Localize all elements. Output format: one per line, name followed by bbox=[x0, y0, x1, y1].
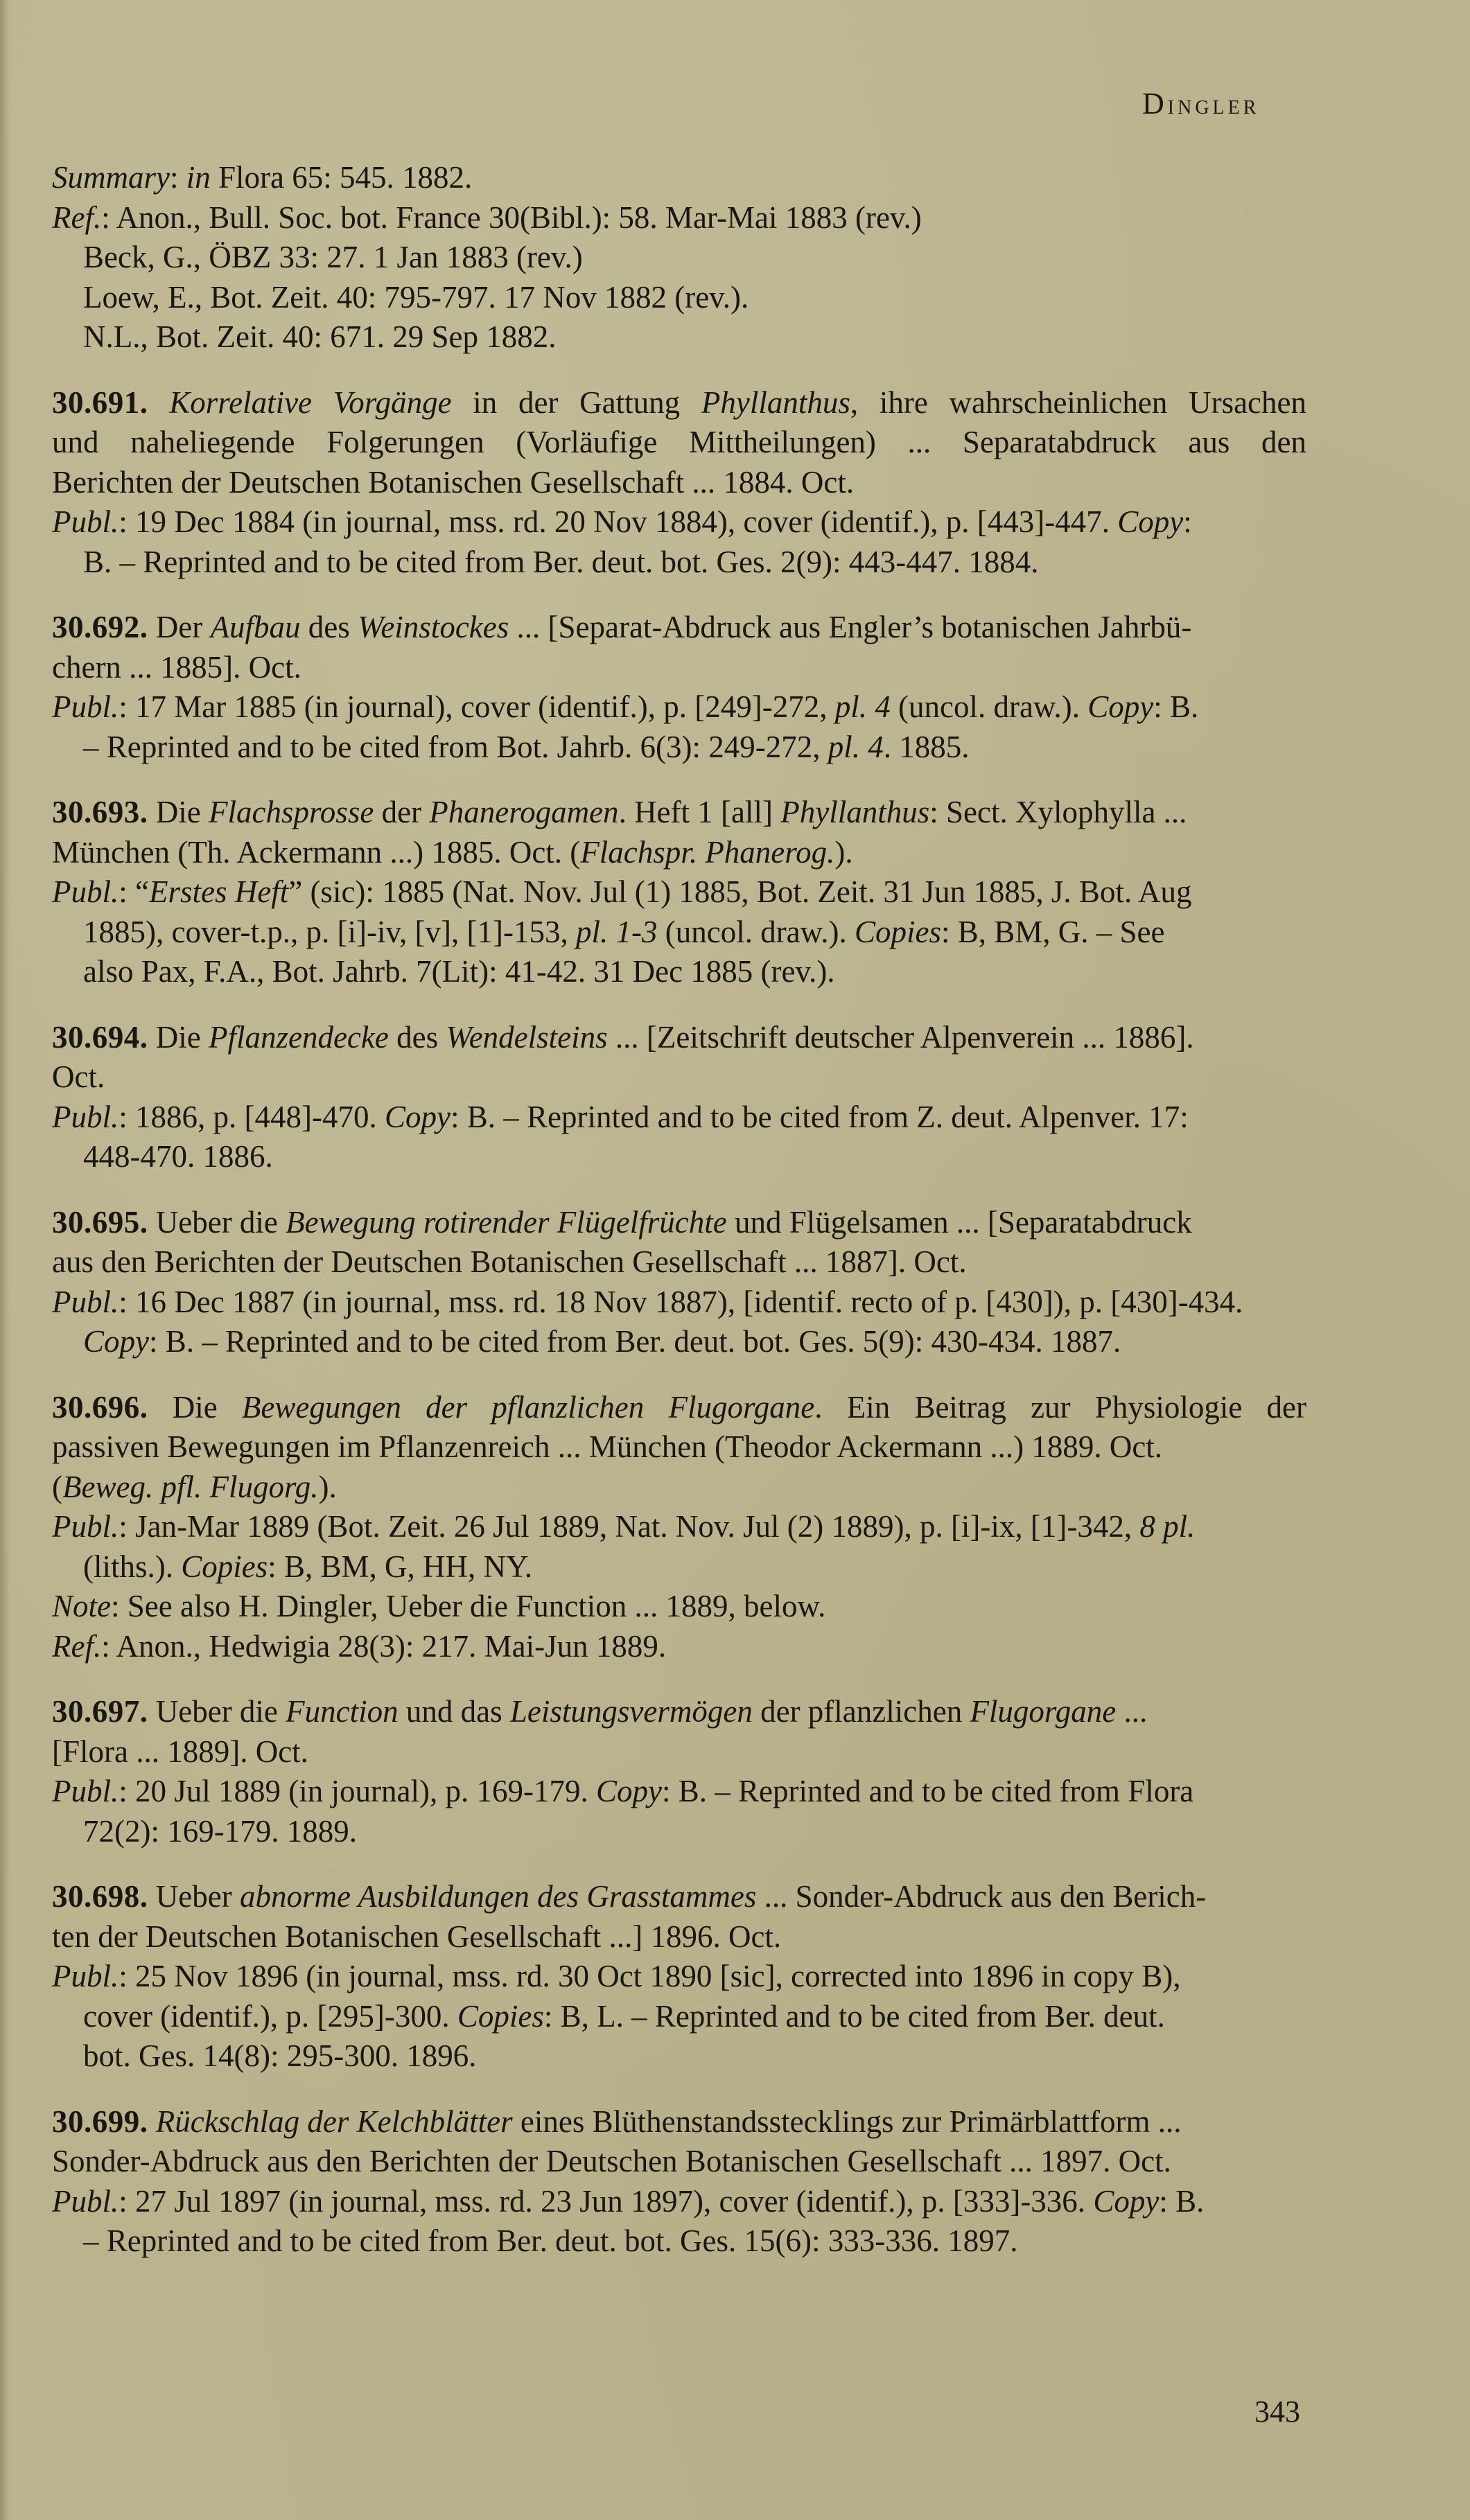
text-segment: : B, BM, G, HH, NY. bbox=[268, 1549, 532, 1584]
italic-text: Publ. bbox=[52, 1100, 119, 1134]
text-line: 30.693. Die Flachsprosse der Phanerogame… bbox=[52, 793, 1306, 833]
entry-number: 30.698. bbox=[52, 1879, 148, 1914]
text-line: Note: See also H. Dingler, Ueber die Fun… bbox=[52, 1587, 1306, 1627]
text-segment: : Jan-Mar 1889 (Bot. Zeit. 26 Jul 1889, … bbox=[119, 1509, 1139, 1544]
italic-text: Copy bbox=[83, 1324, 149, 1359]
text-segment: chern ... 1885]. Oct. bbox=[52, 650, 301, 685]
italic-text: Publ. bbox=[52, 1959, 119, 1993]
italic-text: Copy bbox=[1117, 504, 1183, 539]
text-segment: . Ein Beitrag zur Physiologie der bbox=[814, 1390, 1306, 1425]
text-segment: also Pax, F.A., Bot. Jahrb. 7(Lit): 41-4… bbox=[83, 954, 835, 989]
text-segment: München (Th. Ackermann ...) 1885. Oct. ( bbox=[52, 835, 580, 870]
italic-text: Beweg. pfl. Flugorg. bbox=[62, 1470, 319, 1504]
italic-text: pl. 4 bbox=[835, 689, 891, 724]
italic-text: Publ. bbox=[52, 689, 119, 724]
italic-text: Flugorgane bbox=[970, 1694, 1116, 1729]
italic-text: Function bbox=[286, 1694, 398, 1729]
text-line: Publ.: 16 Dec 1887 (in journal, mss. rd.… bbox=[52, 1283, 1306, 1323]
text-line: Publ.: 27 Jul 1897 (in journal, mss. rd.… bbox=[52, 2182, 1306, 2222]
italic-text: Flachspr. Phanerog. bbox=[580, 835, 834, 870]
italic-text: Copy bbox=[1087, 689, 1153, 724]
bibliography-entry: 30.691. Korrelative Vorgänge in der Gatt… bbox=[52, 383, 1306, 583]
text-segment: cover (identif.), p. [295]-300. bbox=[83, 1999, 457, 2034]
text-segment: : 20 Jul 1889 (in journal), p. 169-179. bbox=[119, 1774, 596, 1808]
text-line: 72(2): 169-179. 1889. bbox=[52, 1812, 1306, 1852]
text-segment: der pflanzlichen bbox=[753, 1694, 970, 1729]
text-line: Loew, E., Bot. Zeit. 40: 795-797. 17 Nov… bbox=[52, 278, 1306, 318]
text-line: Publ.: 17 Mar 1885 (in journal), cover (… bbox=[52, 687, 1306, 728]
italic-text: Publ. bbox=[52, 2184, 119, 2219]
text-line: 30.697. Ueber die Function und das Leist… bbox=[52, 1692, 1306, 1732]
text-line: Oct. bbox=[52, 1057, 1306, 1098]
italic-text: Bewegung rotirender Flügelfrüchte bbox=[286, 1205, 727, 1240]
italic-text: Bewegungen der pflanzlichen Flugorgane bbox=[242, 1390, 814, 1425]
text-segment: : See also H. Dingler, Ueber die Functio… bbox=[111, 1589, 825, 1623]
text-line: Ref.: Anon., Bull. Soc. bot. France 30(B… bbox=[52, 198, 1306, 238]
text-segment: : Anon., Hedwigia 28(3): 217. Mai-Jun 18… bbox=[101, 1629, 666, 1664]
text-segment: : B. – Reprinted and to be cited from Be… bbox=[149, 1324, 1121, 1359]
text-segment: [Flora ... 1889]. Oct. bbox=[52, 1734, 308, 1769]
carryover-block: Summary: in Flora 65: 545. 1882.Ref.: An… bbox=[52, 158, 1306, 358]
text-segment: der bbox=[374, 795, 429, 829]
italic-text: Leistungsvermögen bbox=[510, 1694, 753, 1729]
text-line: Copy: B. – Reprinted and to be cited fro… bbox=[52, 1322, 1306, 1362]
italic-text: Copy bbox=[385, 1100, 450, 1134]
text-segment: bot. Ges. 14(8): 295-300. 1896. bbox=[83, 2038, 476, 2073]
text-segment: und Flügelsamen ... [Separatabdruck bbox=[727, 1205, 1192, 1240]
text-segment bbox=[148, 385, 170, 420]
text-segment: Beck, G., ÖBZ 33: 27. 1 Jan 1883 (rev.) bbox=[83, 240, 583, 274]
text-line: – Reprinted and to be cited from Ber. de… bbox=[52, 2221, 1306, 2262]
text-segment: Ueber die bbox=[148, 1694, 286, 1729]
text-line: N.L., Bot. Zeit. 40: 671. 29 Sep 1882. bbox=[52, 317, 1306, 358]
italic-text: Flachsprosse bbox=[209, 795, 374, 829]
italic-text: pl. 1-3 bbox=[576, 915, 658, 949]
text-segment: – Reprinted and to be cited from Ber. de… bbox=[83, 2223, 1017, 2258]
text-segment: (liths.). bbox=[83, 1549, 181, 1584]
text-segment: Sonder-Abdruck aus den Berichten der Deu… bbox=[52, 2144, 1171, 2178]
text-segment: Flora 65: 545. 1882. bbox=[211, 160, 473, 195]
entry-number: 30.697. bbox=[52, 1694, 148, 1729]
entry-number: 30.691. bbox=[52, 385, 148, 420]
text-segment: : B, L. – Reprinted and to be cited from… bbox=[544, 1999, 1165, 2034]
bibliography-entry: 30.698. Ueber abnorme Ausbildungen des G… bbox=[52, 1877, 1306, 2077]
text-segment: : Sect. Xylophylla ... bbox=[929, 795, 1187, 829]
text-segment: : 19 Dec 1884 (in journal, mss. rd. 20 N… bbox=[119, 504, 1117, 539]
text-segment: : bbox=[1183, 504, 1192, 539]
italic-text: Copies bbox=[457, 1999, 544, 2034]
text-segment: : B. – Reprinted and to be cited from Fl… bbox=[662, 1774, 1193, 1808]
bibliography-entry: 30.699. Rückschlag der Kelchblätter eine… bbox=[52, 2102, 1306, 2262]
italic-text: Note bbox=[52, 1589, 111, 1623]
text-segment: ( bbox=[52, 1470, 62, 1504]
italic-text: Phyllanthus bbox=[780, 795, 929, 829]
text-line: München (Th. Ackermann ...) 1885. Oct. (… bbox=[52, 833, 1306, 873]
text-segment: Oct. bbox=[52, 1059, 105, 1094]
text-line: 30.699. Rückschlag der Kelchblätter eine… bbox=[52, 2102, 1306, 2142]
entry-number: 30.696. bbox=[52, 1390, 148, 1425]
italic-text: abnorme Ausbildungen des Grasstammes bbox=[240, 1879, 756, 1914]
text-line: Ref.: Anon., Hedwigia 28(3): 217. Mai-Ju… bbox=[52, 1627, 1306, 1667]
text-line: chern ... 1885]. Oct. bbox=[52, 648, 1306, 688]
text-segment: , ihre wahrscheinlichen Ursachen bbox=[850, 385, 1306, 420]
italic-text: Copy bbox=[1093, 2184, 1159, 2219]
entry-number: 30.692. bbox=[52, 610, 148, 644]
text-line: aus den Berichten der Deutschen Botanisc… bbox=[52, 1242, 1306, 1283]
text-line: bot. Ges. 14(8): 295-300. 1896. bbox=[52, 2036, 1306, 2077]
italic-text: Copies bbox=[855, 915, 941, 949]
text-line: Publ.: “Erstes Heft” (sic): 1885 (Nat. N… bbox=[52, 872, 1306, 913]
text-line: passiven Bewegungen im Pflanzenreich ...… bbox=[52, 1427, 1306, 1468]
text-segment: . 1885. bbox=[884, 730, 970, 764]
text-segment: 448-470. 1886. bbox=[83, 1139, 273, 1174]
text-segment: : bbox=[170, 160, 186, 195]
text-segment: : 1886, p. [448]-470. bbox=[119, 1100, 385, 1134]
text-line: Sonder-Abdruck aus den Berichten der Deu… bbox=[52, 2142, 1306, 2182]
text-line: (Beweg. pfl. Flugorg.). bbox=[52, 1468, 1306, 1508]
text-segment: : B. bbox=[1159, 2184, 1204, 2219]
bibliography-entry: 30.697. Ueber die Function und das Leist… bbox=[52, 1692, 1306, 1851]
italic-text: Wendelsteins bbox=[446, 1020, 607, 1055]
text-segment: : “ bbox=[119, 874, 149, 909]
text-segment: – Reprinted and to be cited from Bot. Ja… bbox=[83, 730, 828, 764]
text-segment: : B, BM, G. – See bbox=[941, 915, 1165, 949]
italic-text: Weinstockes bbox=[358, 610, 509, 644]
text-line: – Reprinted and to be cited from Bot. Ja… bbox=[52, 728, 1306, 768]
text-segment: 72(2): 169-179. 1889. bbox=[83, 1814, 357, 1849]
text-line: 30.698. Ueber abnorme Ausbildungen des G… bbox=[52, 1877, 1306, 1917]
italic-text: Copies bbox=[181, 1549, 268, 1584]
page-shadow-edge bbox=[0, 0, 10, 2520]
text-segment: und das bbox=[399, 1694, 510, 1729]
text-line: Publ.: Jan-Mar 1889 (Bot. Zeit. 26 Jul 1… bbox=[52, 1507, 1306, 1547]
italic-text: pl. 4 bbox=[828, 730, 884, 764]
italic-text: Ref. bbox=[52, 1629, 101, 1664]
entry-number: 30.699. bbox=[52, 2104, 148, 2139]
text-line: ten der Deutschen Botanischen Gesellscha… bbox=[52, 1917, 1306, 1957]
text-line: 448-470. 1886. bbox=[52, 1137, 1306, 1177]
running-head: Dingler bbox=[1142, 86, 1259, 121]
italic-text: Pflanzendecke bbox=[209, 1020, 389, 1055]
text-line: [Flora ... 1889]. Oct. bbox=[52, 1732, 1306, 1772]
italic-text: Erstes Heft bbox=[149, 874, 288, 909]
italic-text: in bbox=[186, 160, 211, 195]
text-segment: des bbox=[389, 1020, 446, 1055]
italic-text: Phyllanthus bbox=[701, 385, 850, 420]
text-line: B. – Reprinted and to be cited from Ber.… bbox=[52, 543, 1306, 583]
italic-text: Rückschlag der Kelchblätter bbox=[156, 2104, 513, 2139]
italic-text: Publ. bbox=[52, 504, 119, 539]
text-segment: ten der Deutschen Botanischen Gesellscha… bbox=[52, 1919, 781, 1954]
text-segment: Berichten der Deutschen Botanischen Gese… bbox=[52, 465, 854, 500]
italic-text: Publ. bbox=[52, 1509, 119, 1544]
text-segment: : Anon., Bull. Soc. bot. France 30(Bibl.… bbox=[101, 200, 922, 235]
text-segment: und naheliegende Folgerungen (Vorläufige… bbox=[52, 425, 1306, 459]
text-line: Berichten der Deutschen Botanischen Gese… bbox=[52, 463, 1306, 503]
entry-number: 30.695. bbox=[52, 1205, 148, 1240]
bibliography-text: Summary: in Flora 65: 545. 1882.Ref.: An… bbox=[52, 158, 1306, 2262]
italic-text: Publ. bbox=[52, 1285, 119, 1319]
text-segment: aus den Berichten der Deutschen Botanisc… bbox=[52, 1244, 967, 1279]
bibliography-entry: 30.694. Die Pflanzendecke des Wendelstei… bbox=[52, 1018, 1306, 1177]
italic-text: 8 pl. bbox=[1139, 1509, 1195, 1544]
bibliography-entry: 30.693. Die Flachsprosse der Phanerogame… bbox=[52, 793, 1306, 992]
italic-text: Korrelative Vorgänge bbox=[169, 385, 451, 420]
bibliography-entry: 30.696. Die Bewegungen der pflanzlichen … bbox=[52, 1388, 1306, 1667]
text-line: 30.691. Korrelative Vorgänge in der Gatt… bbox=[52, 383, 1306, 423]
text-line: also Pax, F.A., Bot. Jahrb. 7(Lit): 41-4… bbox=[52, 952, 1306, 992]
text-segment: ). bbox=[834, 835, 852, 870]
text-line: Publ.: 1886, p. [448]-470. Copy: B. – Re… bbox=[52, 1098, 1306, 1138]
text-segment: ... [Separat-Abdruck aus Engler’s botani… bbox=[509, 610, 1191, 644]
text-segment: (uncol. draw.). bbox=[657, 915, 854, 949]
text-segment: Loew, E., Bot. Zeit. 40: 795-797. 17 Nov… bbox=[83, 280, 749, 315]
text-line: Beck, G., ÖBZ 33: 27. 1 Jan 1883 (rev.) bbox=[52, 238, 1306, 278]
text-segment: Der bbox=[148, 610, 211, 644]
text-segment: ). bbox=[319, 1470, 337, 1504]
text-segment: : 17 Mar 1885 (in journal), cover (ident… bbox=[119, 689, 834, 724]
text-line: 30.695. Ueber die Bewegung rotirender Fl… bbox=[52, 1203, 1306, 1243]
text-segment: eines Blüthenstandsstecklings zur Primär… bbox=[513, 2104, 1182, 2139]
text-line: 1885), cover-t.p., p. [i]-iv, [v], [1]-1… bbox=[52, 913, 1306, 953]
entry-number: 30.693. bbox=[52, 795, 148, 829]
text-segment: Ueber die bbox=[148, 1205, 286, 1240]
text-line: (liths.). Copies: B, BM, G, HH, NY. bbox=[52, 1547, 1306, 1587]
text-segment: B. – Reprinted and to be cited from Ber.… bbox=[83, 545, 1039, 579]
text-line: und naheliegende Folgerungen (Vorläufige… bbox=[52, 423, 1306, 463]
text-line: Summary: in Flora 65: 545. 1882. bbox=[52, 158, 1306, 198]
text-segment: Ueber bbox=[148, 1879, 240, 1914]
bibliography-entry: 30.695. Ueber die Bewegung rotirender Fl… bbox=[52, 1203, 1306, 1362]
text-line: Publ.: 19 Dec 1884 (in journal, mss. rd.… bbox=[52, 502, 1306, 543]
text-segment: ... Sonder-Abdruck aus den Berich- bbox=[756, 1879, 1206, 1914]
text-line: cover (identif.), p. [295]-300. Copies: … bbox=[52, 1997, 1306, 2037]
text-line: 30.694. Die Pflanzendecke des Wendelstei… bbox=[52, 1018, 1306, 1058]
text-segment: : 16 Dec 1887 (in journal, mss. rd. 18 N… bbox=[119, 1285, 1243, 1319]
italic-text: Publ. bbox=[52, 874, 119, 909]
text-segment: passiven Bewegungen im Pflanzenreich ...… bbox=[52, 1429, 1162, 1464]
text-segment: Die bbox=[148, 1390, 242, 1425]
text-line: Publ.: 25 Nov 1896 (in journal, mss. rd.… bbox=[52, 1957, 1306, 1997]
entries-list: 30.691. Korrelative Vorgänge in der Gatt… bbox=[52, 383, 1306, 2262]
italic-text: Copy bbox=[596, 1774, 662, 1808]
text-segment: : 25 Nov 1896 (in journal, mss. rd. 30 O… bbox=[119, 1959, 1180, 1993]
italic-text: Ref. bbox=[52, 200, 101, 235]
text-segment: . Heft 1 [all] bbox=[619, 795, 781, 829]
text-segment: in der Gattung bbox=[452, 385, 701, 420]
text-segment: ... bbox=[1116, 1694, 1147, 1729]
italic-text: Phanerogamen bbox=[429, 795, 618, 829]
text-segment: N.L., Bot. Zeit. 40: 671. 29 Sep 1882. bbox=[83, 319, 556, 354]
text-segment: (uncol. draw.). bbox=[891, 689, 1087, 724]
italic-text: Summary bbox=[52, 160, 170, 195]
entry-number: 30.694. bbox=[52, 1020, 148, 1055]
text-line: Publ.: 20 Jul 1889 (in journal), p. 169-… bbox=[52, 1772, 1306, 1812]
italic-text: Aufbau bbox=[210, 610, 300, 644]
page-number: 343 bbox=[1254, 2394, 1300, 2429]
text-segment: Die bbox=[148, 795, 209, 829]
text-line: 30.696. Die Bewegungen der pflanzlichen … bbox=[52, 1388, 1306, 1428]
text-segment: : B. – Reprinted and to be cited from Z.… bbox=[450, 1100, 1189, 1134]
text-segment: ” (sic): 1885 (Nat. Nov. Jul (1) 1885, B… bbox=[288, 874, 1191, 909]
text-segment: des bbox=[300, 610, 358, 644]
bibliography-entry: 30.692. Der Aufbau des Weinstockes ... [… bbox=[52, 608, 1306, 767]
text-segment: Die bbox=[148, 1020, 209, 1055]
text-segment: 1885), cover-t.p., p. [i]-iv, [v], [1]-1… bbox=[83, 915, 576, 949]
text-segment: ... [Zeitschrift deutscher Alpenverein .… bbox=[608, 1020, 1194, 1055]
text-segment: : 27 Jul 1897 (in journal, mss. rd. 23 J… bbox=[119, 2184, 1093, 2219]
text-segment bbox=[148, 2104, 156, 2139]
text-segment: : B. bbox=[1153, 689, 1198, 724]
italic-text: Publ. bbox=[52, 1774, 119, 1808]
text-line: 30.692. Der Aufbau des Weinstockes ... [… bbox=[52, 608, 1306, 648]
